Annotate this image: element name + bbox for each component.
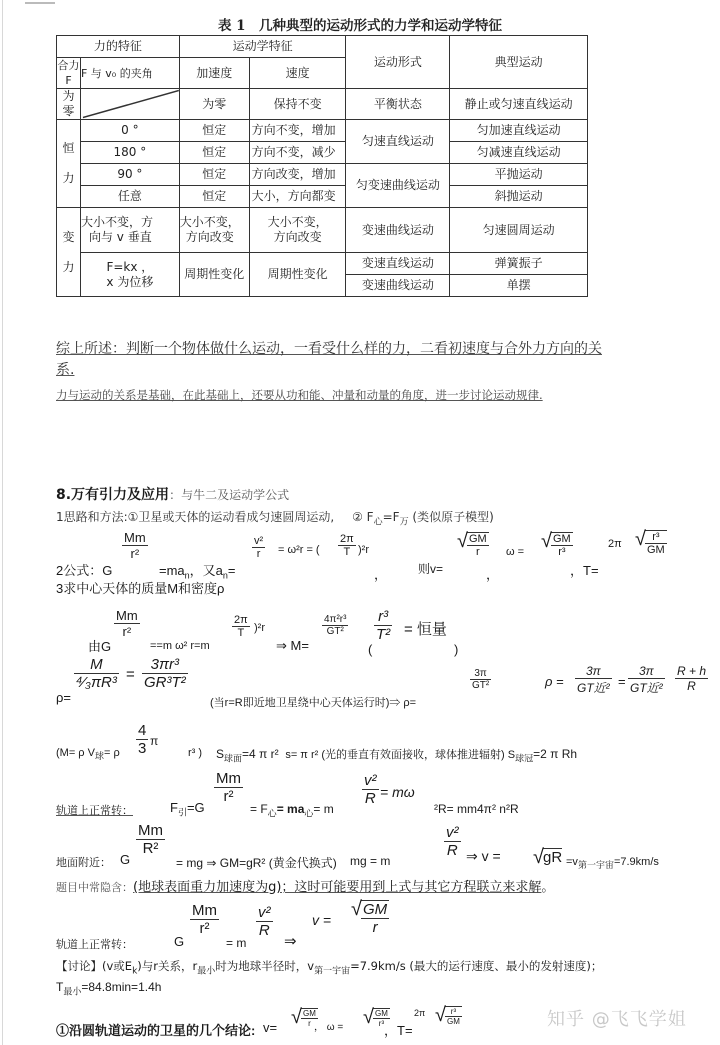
sub: 引 — [178, 808, 187, 818]
text-line: 大小不变，方 — [81, 215, 153, 229]
denominator: GT近² — [575, 679, 612, 696]
numerator: GM — [373, 1009, 390, 1019]
fraction-3pi-gt2: 3πGT近² — [628, 664, 665, 696]
m-omega: = mω — [380, 784, 415, 800]
text: = m — [313, 802, 333, 816]
close-part: )²r — [358, 544, 369, 556]
numerator: 3π — [575, 664, 612, 679]
header-angle: F 与 v₀ 的夹角 — [80, 58, 179, 89]
label-top: 恒 — [62, 141, 74, 155]
diagonal-line-icon — [81, 89, 179, 119]
surface-equation: 地面附近： G MmR² = mg ⇒ GM=gR² (黄金代换式) mg = … — [0, 822, 720, 872]
comma: ， — [374, 564, 387, 583]
sub: 球面 — [224, 753, 242, 763]
fraction-v2-r: v²r — [252, 535, 265, 560]
denominator: R² — [136, 840, 165, 857]
numerator: 3πr³ — [142, 656, 188, 674]
denominator: T — [338, 546, 356, 558]
numerator: R + h — [675, 664, 708, 679]
s: S — [216, 747, 224, 761]
v-eq: v = — [312, 912, 331, 928]
text-line: F=kx ， — [106, 260, 153, 274]
T-eq: ，T= — [384, 1020, 413, 1039]
typical-cell: 单摆 — [450, 275, 588, 297]
header-kinematic-features: 运动学特征 — [179, 36, 346, 58]
numerator: 3π — [628, 664, 665, 679]
t-min: T最小=84.8min=1.4h — [56, 980, 161, 997]
sub: 心 — [374, 517, 383, 527]
section-heading: 8.万有引力及应用：与牛二及运动学公式 — [56, 484, 289, 504]
sqrt-r3-gm: r³GM — [645, 530, 667, 556]
fraction-density-2: 3πr³GR³T² — [142, 656, 188, 691]
denominator: ⁴⁄₃πR³ — [74, 674, 119, 691]
omega-eq: ω = — [506, 546, 524, 558]
fraction-mm-r2: Mmr² — [122, 530, 148, 561]
typical-cell: 弹簧振子 — [450, 253, 588, 275]
numerator: GM — [361, 901, 389, 919]
text-line: 大小不变， — [180, 215, 240, 229]
mid: ==m ω² r=m — [150, 640, 210, 652]
then-v: 则v= — [418, 560, 443, 577]
denominator: GM — [645, 544, 667, 556]
f: F — [170, 800, 178, 815]
paren: ( — [368, 642, 372, 657]
r3: r³ ) — [188, 747, 202, 759]
numerator: r³ — [374, 608, 392, 626]
sub: 第一宇宙 — [314, 966, 350, 976]
sub: 球 — [95, 751, 104, 761]
text: = ρ — [104, 747, 120, 759]
method-text: 1思路和方法:①卫星或天体的运动看成匀速圆周运动, — [56, 510, 334, 524]
text-line: 大小不变， — [268, 215, 328, 229]
motion-table: 力的特征 运动学特征 运动形式 典型运动 合力F F 与 v₀ 的夹角 加速度 … — [56, 35, 588, 297]
fraction-ratio: R + hR — [675, 664, 708, 693]
text-line: 方向改变 — [274, 230, 322, 244]
denominator: T — [232, 627, 250, 639]
variable-force-label: 变 力 — [57, 208, 81, 297]
page-edge — [2, 0, 3, 1045]
denominator: GR³T² — [142, 674, 188, 691]
sub: 心 — [268, 808, 277, 818]
arrow: ⇒ v = — [466, 848, 501, 865]
label-bottom: 力 — [62, 171, 74, 185]
acc-cell: 恒定 — [179, 142, 249, 164]
zero-velocity: 保持不变 — [249, 89, 346, 120]
text-line: 向与 v 垂直 — [81, 230, 152, 244]
surface-label: 地面附近： — [56, 854, 111, 870]
density-derivation: ρ= M⁴⁄₃πR³ = 3πr³GR³T² (当r=R即近地卫星绕中心天体运行… — [0, 656, 720, 716]
v-eq: v= — [263, 1020, 277, 1035]
denominator: 3 — [136, 740, 148, 757]
surface-eq: = mg ⇒ GM=gR² (黄金代换式) — [176, 854, 337, 871]
denominator: r — [467, 546, 489, 558]
orbit-label: 轨道上正常转： — [56, 936, 133, 952]
numerator: Mm — [214, 770, 243, 788]
zero-form: 平衡状态 — [346, 89, 450, 120]
text: =7.9km/s (最大的运行速度、最小的发射速度)； — [350, 959, 602, 973]
denominator: r² — [122, 546, 148, 561]
denominator: r² — [114, 624, 140, 639]
orbit-equation-2: 轨道上正常转： G Mmr² = m v²R ⇒ v = GMr — [0, 898, 720, 950]
sqrt-gR: gR — [543, 848, 562, 866]
header-velocity: 速度 — [249, 58, 346, 89]
vel-cell: 周期性变化 — [249, 253, 346, 297]
denominator: GT² — [322, 626, 348, 637]
sqrt-gm-r3: GMr³ — [551, 532, 573, 558]
denominator: r³ — [551, 546, 573, 558]
denominator: GT近² — [628, 679, 665, 696]
method-f: ② F — [352, 510, 373, 524]
numerator: 3π — [470, 668, 491, 680]
numerator: v² — [444, 824, 461, 842]
denominator: R — [362, 790, 379, 807]
zero-force: 为零 — [57, 89, 81, 120]
orbit-equation-1: 轨道上正常转： F引=G Mmr² = F心= ma心= m v²R = mω … — [0, 770, 720, 820]
acc-cell: 大小不变， 方向改变 — [179, 208, 249, 253]
areas: S球面=4 π r² s= π r² (光的垂直有效面接收，球体推进辐射) S球… — [216, 746, 577, 764]
text: s= π r² (光的垂直有效面接收，球体推进辐射) S — [285, 749, 515, 761]
sqrt-gm-r: GMr — [361, 900, 389, 936]
header-net-force: 合力F — [57, 58, 81, 89]
fraction-v2-R: v²R — [362, 772, 379, 807]
acc-cell: 恒定 — [179, 120, 249, 142]
volume-area: (M= ρ V球= ρ 43 π r³ ) S球面=4 π r² s= π r²… — [0, 720, 720, 768]
header-motion-form: 运动形式 — [346, 36, 450, 89]
zero-typical: 静止或匀速直线运动 — [450, 89, 588, 120]
numerator: v² — [252, 535, 265, 548]
zero-acceleration: 为零 — [179, 89, 249, 120]
section-subtitle: ：与牛二及运动学公式 — [169, 488, 289, 502]
form-cell: 变速曲线运动 — [346, 208, 450, 253]
numerator: Mm — [122, 530, 148, 546]
numerator: 2π — [232, 614, 250, 627]
denominator: T² — [374, 626, 392, 643]
angle-cell: 0 ° — [80, 120, 179, 142]
m-rho-v: (M= ρ V球= ρ — [56, 747, 120, 762]
you: ，又a — [190, 563, 223, 578]
discussion: 【讨论】(v或Ek)与r关系，r最小时为地球半径时，v第一宇宙=7.9km/s … — [56, 958, 602, 976]
acc-cell: 周期性变化 — [179, 253, 249, 297]
diagonal-cell — [80, 89, 179, 120]
denominator: r² — [214, 788, 243, 805]
fraction-mm-R2: MmR² — [136, 822, 165, 857]
f-grav: F引=G — [170, 800, 205, 819]
const: = 恒量 — [404, 618, 447, 639]
top-mark — [25, 2, 55, 4]
summary-line-1: 综上所述：判断一个物体做什么运动，一看受什么样的力，二看初速度与合外力方向的关 — [56, 338, 602, 358]
text: = ma — [277, 802, 305, 816]
val: =84.8min=1.4h — [81, 980, 161, 994]
typical-cell: 平抛运动 — [450, 164, 588, 186]
numerator: r³ — [445, 1007, 462, 1017]
denominator: GT² — [470, 680, 491, 691]
denominator: r² — [190, 920, 219, 937]
eq: =G — [187, 800, 205, 815]
text: =2 π Rh — [533, 747, 577, 761]
twopi: 2π — [608, 538, 622, 550]
acc-cell: 恒定 — [179, 186, 249, 208]
numerator: 2π — [338, 533, 356, 546]
text: )与r关系，r — [137, 959, 197, 973]
note: (当r=R即近地卫星绕中心天体运行时)⇒ ρ= — [210, 694, 416, 710]
fraction-2pi-T: 2πT — [232, 614, 250, 639]
fraction-v2-R: v²R — [444, 824, 461, 859]
vel-cell: 方向不变，增加 — [249, 120, 346, 142]
method-suffix: (类似原子模型) — [409, 510, 494, 524]
denominator: r — [252, 548, 265, 560]
mass-derivation: 由G Mmr² ==m ω² r=m 2πT )²r ⇒ M= 4π²r³GT²… — [0, 608, 720, 658]
denominator: r — [361, 919, 389, 936]
sub: 球冠 — [515, 753, 533, 763]
summary-line-2: 力与运动的关系是基础，在此基础上，还要从功和能、冲量和动量的角度，进一步讨论运动… — [56, 387, 543, 403]
denominator: GM — [445, 1017, 462, 1026]
form-cell: 匀速直线运动 — [346, 120, 450, 164]
zhihu-watermark: 知乎 @飞飞学姐 — [547, 1005, 687, 1031]
text-line: x 为位移 — [106, 275, 153, 289]
comma: ， — [486, 564, 499, 583]
denominator: R — [444, 842, 461, 859]
eq: = — [228, 563, 236, 578]
text: 时为地球半径时，v — [215, 959, 314, 973]
orbit-label: 轨道上正常转： — [56, 802, 133, 818]
sqrt-r3-gm: r³GM — [445, 1006, 462, 1026]
conclusion-text: ①沿圆轨道运动的卫星的几个结论: — [56, 1020, 255, 1039]
rho-right: ρ = — [545, 674, 564, 689]
fraction-mass: 4π²r³GT² — [322, 614, 348, 637]
denominator: R — [256, 922, 273, 939]
fraction-kepler: r³T² — [374, 608, 392, 643]
typical-cell: 匀速圆周运动 — [450, 208, 588, 253]
omega-part: = ω²r = ( — [278, 544, 320, 556]
sub: 最小 — [197, 966, 215, 976]
angle-cell: F=kx ， x 为位移 — [80, 253, 179, 297]
numerator: r³ — [645, 531, 667, 544]
acc-cell: 恒定 — [179, 164, 249, 186]
eq-m: = m — [226, 936, 246, 950]
implied-text: (地球表面重力加速度为g)；这时可能要用到上式与其它方程联立来求解 — [133, 880, 541, 895]
text: (M= ρ V — [56, 747, 95, 759]
numerator: Mm — [190, 902, 219, 920]
numerator: Mm — [136, 822, 165, 840]
vel-cell: 方向不变，减少 — [249, 142, 346, 164]
fraction-mm-r2: Mmr² — [214, 770, 243, 805]
eq: = — [126, 666, 135, 683]
numerator: v² — [256, 904, 273, 922]
g: G — [174, 934, 184, 949]
section-title: 8.万有引力及应用 — [56, 487, 169, 503]
label-top: 变 — [62, 230, 74, 244]
numerator: GM — [551, 533, 573, 546]
fraction-mm-r2: Mmr² — [190, 902, 219, 937]
fraction-density: M⁴⁄₃πR³ — [74, 656, 119, 691]
fraction-3pi: 3πGT² — [470, 668, 491, 691]
period: 。 — [541, 880, 554, 895]
constant-force-label: 恒 力 — [57, 120, 81, 208]
item-1-method: 1思路和方法:①卫星或天体的运动看成匀速圆周运动, ② F心=F万 (类似原子模… — [56, 508, 494, 527]
sq: )²r — [254, 622, 265, 634]
formula-label: 2公式：G — [56, 560, 112, 579]
fraction-3pi-gt: 3πGT近² — [575, 664, 612, 696]
text: =v — [566, 856, 578, 868]
twopi: 2π — [414, 1008, 425, 1018]
angle-cell: 任意 — [80, 186, 179, 208]
vel-cell: 大小不变， 方向改变 — [249, 208, 346, 253]
text: =7.9km/s — [614, 856, 659, 868]
implied-note: 题目中常隐含：(地球表面重力加速度为g)；这时可能要用到上式与其它方程联立来求解… — [56, 876, 554, 895]
rest: ²R= mm4π² n²R — [434, 802, 519, 816]
mg: mg = m — [350, 854, 390, 868]
rho: ρ= — [56, 690, 71, 705]
angle-cell: 90 ° — [80, 164, 179, 186]
text: = F — [250, 802, 268, 816]
eq: = — [618, 674, 626, 689]
fraction-v2-R: v²R — [256, 904, 273, 939]
fraction-2pi-T: 2πT — [338, 533, 356, 558]
f-centripetal: = F心= ma心= m — [250, 802, 334, 819]
header-typical-motion: 典型运动 — [450, 36, 588, 89]
sub: 第一宇宙 — [578, 860, 614, 870]
denominator: R — [675, 679, 708, 693]
numerator: 4 — [136, 722, 148, 740]
first-cosmic: =v第一宇宙=7.9km/s — [566, 856, 659, 871]
form-cell: 变速曲线运动 — [346, 275, 450, 297]
numerator: 4π²r³ — [322, 614, 348, 626]
header-force-features: 力的特征 — [57, 36, 180, 58]
header-acceleration: 加速度 — [179, 58, 249, 89]
numerator: v² — [362, 772, 379, 790]
vel-cell: 大小，方向都变 — [249, 186, 346, 208]
table-caption: 表 1 几种典型的运动形式的力学和运动学特征 — [0, 14, 720, 34]
numerator: Mm — [114, 608, 140, 624]
text-line: 方向改变 — [180, 230, 234, 244]
paren: ) — [454, 642, 458, 657]
label-bottom: 力 — [62, 260, 74, 274]
summary-line-1b: 系. — [56, 359, 74, 379]
implied-label: 题目中常隐含： — [56, 881, 133, 894]
arrow: ⇒ — [284, 932, 297, 950]
vel-cell: 方向改变，增加 — [249, 164, 346, 186]
typical-cell: 斜抛运动 — [450, 186, 588, 208]
T-eq: ，T= — [570, 560, 599, 579]
g: G — [120, 852, 130, 867]
angle-cell: 大小不变，方 向与 v 垂直 — [80, 208, 179, 253]
sub: 最小 — [63, 986, 81, 996]
you-g: 由G — [88, 636, 111, 655]
text: =4 π r² — [242, 747, 279, 761]
numerator: GM — [467, 533, 489, 546]
fraction-4-3: 43 — [136, 722, 148, 757]
sqrt-gm-r: GMr — [467, 532, 489, 558]
ma: =ma — [159, 563, 185, 578]
method-eq: =F — [383, 510, 400, 524]
numerator: M — [74, 656, 119, 674]
pi: π — [150, 734, 158, 748]
form-cell: 变速直线运动 — [346, 253, 450, 275]
sub: 万 — [400, 517, 409, 527]
arrow: ⇒ M= — [276, 638, 309, 654]
angle-cell: 180 ° — [80, 142, 179, 164]
omega-eq: ， ω = — [314, 1018, 343, 1033]
item-3-mass-density: 3求中心天体的质量M和密度ρ — [56, 578, 224, 597]
typical-cell: 匀减速直线运动 — [450, 142, 588, 164]
form-cell: 匀变速曲线运动 — [346, 164, 450, 208]
text: 【讨论】(v或E — [56, 959, 132, 973]
typical-cell: 匀加速直线运动 — [450, 120, 588, 142]
fraction-mm-r2: Mmr² — [114, 608, 140, 639]
